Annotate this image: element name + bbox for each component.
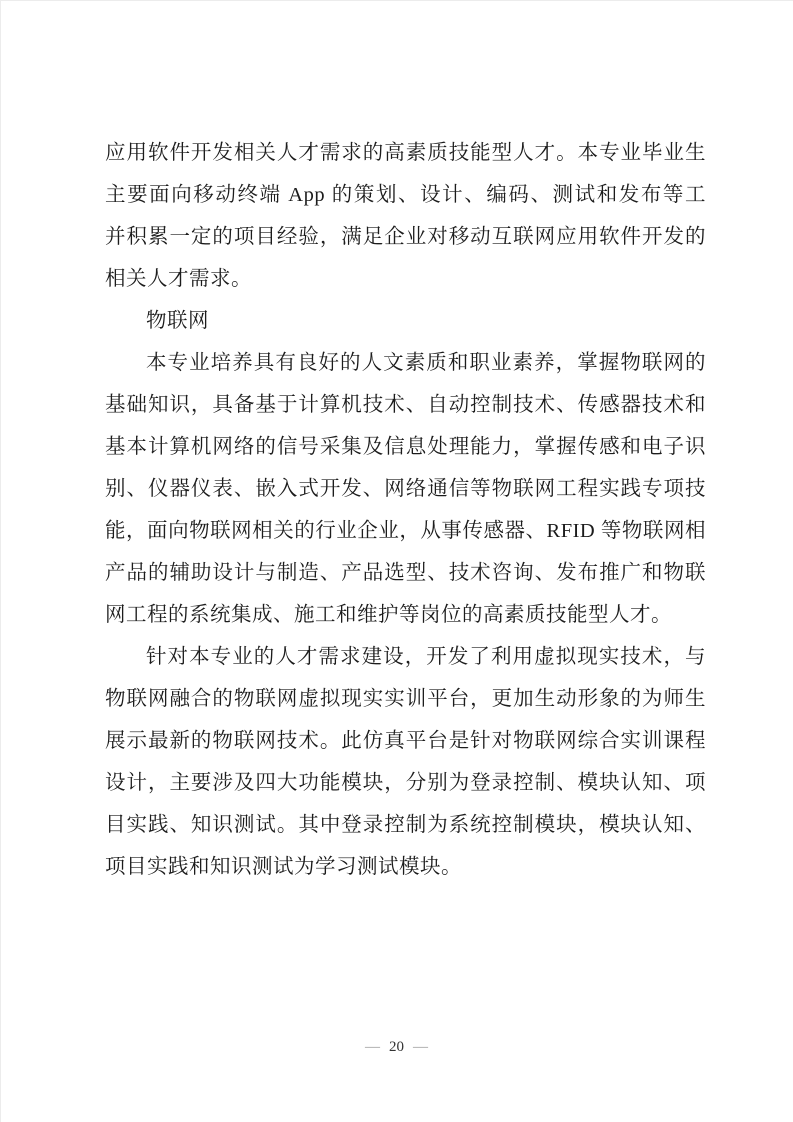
text-line: 主要面向移动终端 App 的策划、设计、编码、测试和发布等工作， (105, 174, 706, 216)
text-line: 目实践、知识测试。其中登录控制为系统控制模块，模块认知、 (105, 804, 706, 846)
footer-dash-left: — (365, 1039, 380, 1055)
text-line: 物联网融合的物联网虚拟现实实训平台，更加生动形象的为师生 (105, 678, 706, 720)
text-line: 基础知识，具备基于计算机技术、自动控制技术、传感器技术和 (105, 384, 706, 426)
page-number: 20 (389, 1039, 404, 1055)
text-line: 能，面向物联网相关的行业企业，从事传感器、RFID 等物联网相关 (105, 510, 706, 552)
text-line: 并积累一定的项目经验，满足企业对移动互联网应用软件开发的 (105, 216, 706, 258)
page-footer: —20— (0, 1036, 793, 1058)
text-block: 应用软件开发相关人才需求的高素质技能型人才。本专业毕业生主要面向移动终端 App… (105, 132, 706, 888)
text-line: 相关人才需求。 (105, 258, 706, 300)
text-line: 基本计算机网络的信号采集及信息处理能力，掌握传感和电子识 (105, 426, 706, 468)
text-line: 网工程的系统集成、施工和维护等岗位的高素质技能型人才。 (105, 594, 706, 636)
text-line: 针对本专业的人才需求建设，开发了利用虚拟现实技术，与 (105, 636, 706, 678)
footer-dash-right: — (413, 1039, 428, 1055)
text-line: 物联网 (105, 300, 706, 342)
text-line: 应用软件开发相关人才需求的高素质技能型人才。本专业毕业生 (105, 132, 706, 174)
text-line: 展示最新的物联网技术。此仿真平台是针对物联网综合实训课程 (105, 720, 706, 762)
text-line: 项目实践和知识测试为学习测试模块。 (105, 846, 706, 888)
document-page: 应用软件开发相关人才需求的高素质技能型人才。本专业毕业生主要面向移动终端 App… (0, 0, 793, 1122)
text-line: 设计，主要涉及四大功能模块，分别为登录控制、模块认知、项 (105, 762, 706, 804)
text-line: 产品的辅助设计与制造、产品选型、技术咨询、发布推广和物联 (105, 552, 706, 594)
text-line: 本专业培养具有良好的人文素质和职业素养，掌握物联网的 (105, 342, 706, 384)
text-line: 别、仪器仪表、嵌入式开发、网络通信等物联网工程实践专项技 (105, 468, 706, 510)
